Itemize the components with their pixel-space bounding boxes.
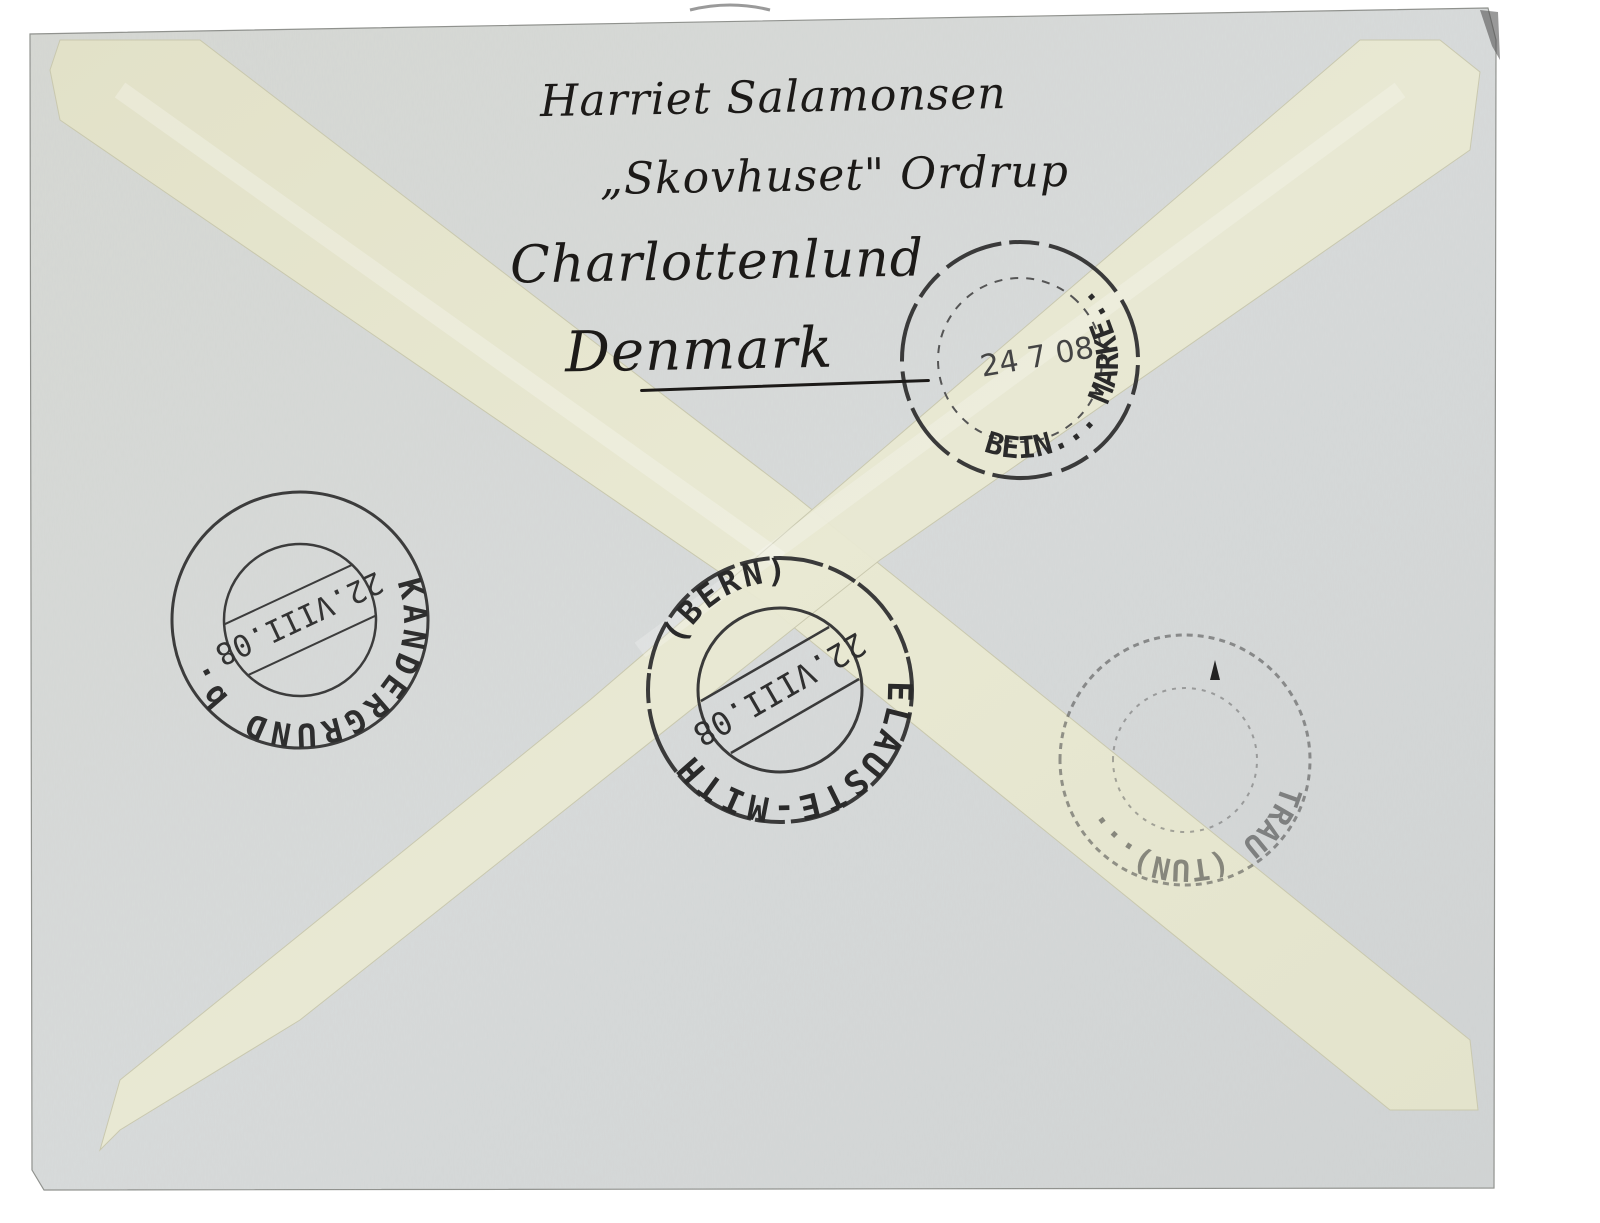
sender-line-town: Charlottenlund [510, 228, 925, 295]
sender-line-name: Harriet Salamonsen [540, 68, 1007, 127]
sender-line-country: Denmark [564, 316, 833, 386]
sender-line-house: „Skovhuset" Ordrup [600, 146, 1070, 205]
